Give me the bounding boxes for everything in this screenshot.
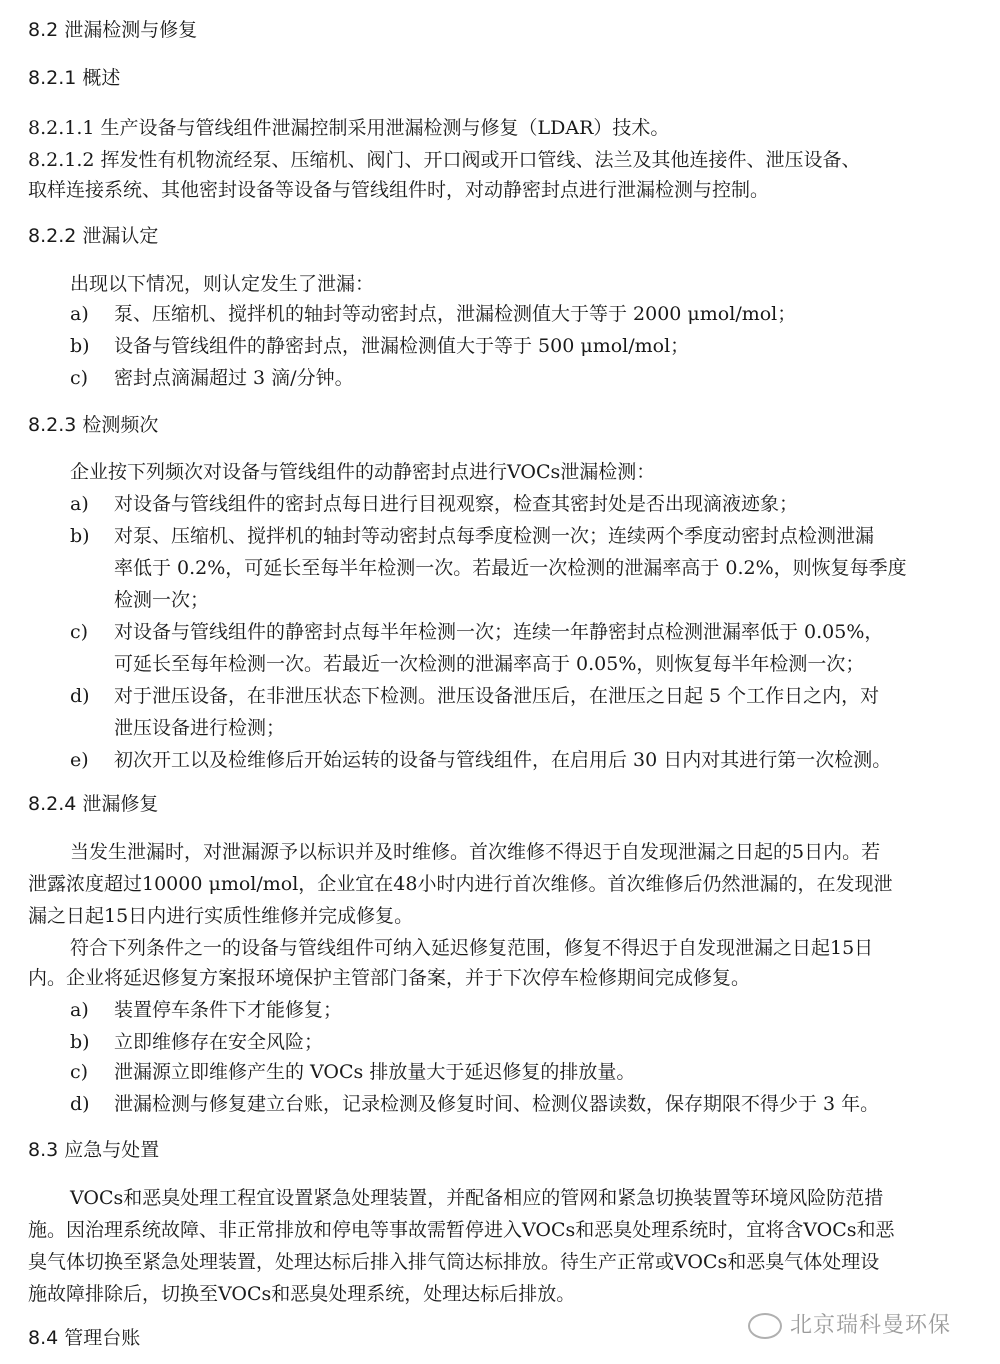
list-text: 初次开工以及检维修后开始运转的设备与管线组件，在启用后 30 日内对其进行第一次… [114,748,891,772]
heading-8-2-1: 8.2.1 概述 [28,66,120,90]
watermark-text: 北京瑞科曼环保 [790,1313,951,1338]
list-label: c) [70,1061,88,1083]
list-item: c)对设备与管线组件的静密封点每半年检测一次；连续一年静密封点检测泄漏率低于 0… [70,620,88,644]
list-text-cont: 可延长至每年检测一次。若最近一次检测的泄漏率高于 0.05%，则恢复每半年检测一… [114,652,864,676]
list-text-cont: 检测一次； [114,588,209,612]
list-text: 对设备与管线组件的静密封点每半年检测一次；连续一年静密封点检测泄漏率低于 0.0… [114,620,883,644]
watermark: 北京瑞科曼环保 [748,1308,951,1339]
paragraph-8-2-1-2: 8.2.1.2 挥发性有机物流经泵、压缩机、阀门、开口阀或开口管线、法兰及其他连… [28,148,861,172]
paragraph-repair: 当发生泄漏时，对泄漏源予以标识并及时维修。首次维修不得迟于自发现泄漏之日起的5日… [70,840,880,864]
list-text: 密封点滴漏超过 3 滴/分钟。 [114,366,354,390]
paragraph-8-2-1-2-cont: 取样连接系统、其他密封设备等设备与管线组件时，对动静密封点进行泄漏检测与控制。 [28,178,769,202]
list-label: d) [70,1093,90,1115]
list-label: c) [70,621,88,643]
list-text: 泄漏检测与修复建立台账，记录检测及修复时间、检测仪器读数，保存期限不得少于 3 … [114,1092,879,1116]
heading-8-2-3: 8.2.3 检测频次 [28,413,158,437]
list-label: a) [70,493,89,515]
paragraph-repair-cont: 漏之日起15日内进行实质性维修并完成修复。 [28,904,413,928]
paragraph-delay-cont: 内。企业将延迟修复方案报环境保护主管部门备案，并于下次停车检修期间完成修复。 [28,966,750,990]
list-label: b) [70,1031,90,1053]
list-label: a) [70,303,89,325]
list-text: 对设备与管线组件的密封点每日进行目视观察，检查其密封处是否出现滴液迹象； [114,492,798,516]
list-label: b) [70,335,90,357]
list-text: 泄漏源立即维修产生的 VOCs 排放量大于延迟修复的排放量。 [114,1060,635,1084]
paragraph-delay: 符合下列条件之一的设备与管线组件可纳入延迟修复范围，修复不得迟于自发现泄漏之日起… [70,936,873,960]
list-item: b)立即维修存在安全风险； [70,1030,90,1054]
list-item: c)密封点滴漏超过 3 滴/分钟。 [70,366,88,390]
list-item: a)装置停车条件下才能修复； [70,998,89,1022]
list-text: 装置停车条件下才能修复； [114,998,342,1022]
list-item: c)泄漏源立即维修产生的 VOCs 排放量大于延迟修复的排放量。 [70,1060,88,1084]
list-item: b)对泵、压缩机、搅拌机的轴封等动密封点每季度检测一次；连续两个季度动密封点检测… [70,524,90,548]
list-item: a)对设备与管线组件的密封点每日进行目视观察，检查其密封处是否出现滴液迹象； [70,492,89,516]
paragraph-frequency-intro: 企业按下列频次对设备与管线组件的动静密封点进行VOCs泄漏检测： [70,460,655,484]
heading-8-2-4: 8.2.4 泄漏修复 [28,792,158,816]
list-text: 对泵、压缩机、搅拌机的轴封等动密封点每季度检测一次；连续两个季度动密封点检测泄漏 [114,524,874,548]
paragraph-8-2-1-1: 8.2.1.1 生产设备与管线组件泄漏控制采用泄漏检测与修复（LDAR）技术。 [28,116,669,140]
paragraph-leak-intro: 出现以下情况，则认定发生了泄漏： [70,272,374,296]
heading-8-3: 8.3 应急与处置 [28,1138,159,1162]
paragraph-emergency-cont: 施。因治理系统故障、非正常排放和停电等事故需暂停进入VOCs和恶臭处理系统时，宜… [28,1218,895,1242]
list-text-cont: 泄压设备进行检测； [114,716,285,740]
list-item: b)设备与管线组件的静密封点，泄漏检测值大于等于 500 μmol/mol； [70,334,90,358]
paragraph-emergency: VOCs和恶臭处理工程宜设置紧急处理装置，并配备相应的管网和紧急切换装置等环境风… [70,1186,883,1210]
paragraph-emergency-cont: 施故障排除后，切换至VOCs和恶臭处理系统，处理达标后排放。 [28,1282,575,1306]
list-text: 泵、压缩机、搅拌机的轴封等动密封点，泄漏检测值大于等于 2000 μmol/mo… [114,302,796,326]
list-item: a)泵、压缩机、搅拌机的轴封等动密封点，泄漏检测值大于等于 2000 μmol/… [70,302,89,326]
list-text: 设备与管线组件的静密封点，泄漏检测值大于等于 500 μmol/mol； [114,334,689,358]
heading-8-2-2: 8.2.2 泄漏认定 [28,224,158,248]
list-label: d) [70,685,90,707]
list-label: c) [70,367,88,389]
paragraph-repair-cont: 泄露浓度超过10000 μmol/mol，企业宜在48小时内进行首次维修。首次维… [28,872,892,896]
wechat-icon [748,1313,782,1339]
list-label: a) [70,999,89,1021]
list-text: 对于泄压设备，在非泄压状态下检测。泄压设备泄压后，在泄压之日起 5 个工作日之内… [114,684,879,708]
heading-8-2: 8.2 泄漏检测与修复 [28,18,197,42]
list-item: d)泄漏检测与修复建立台账，记录检测及修复时间、检测仪器读数，保存期限不得少于 … [70,1092,90,1116]
list-label: b) [70,525,90,547]
heading-8-4: 8.4 管理台账 [28,1326,140,1350]
list-text: 立即维修存在安全风险； [114,1030,323,1054]
list-item: d)对于泄压设备，在非泄压状态下检测。泄压设备泄压后，在泄压之日起 5 个工作日… [70,684,90,708]
list-text-cont: 率低于 0.2%，可延长至每半年检测一次。若最近一次检测的泄漏率高于 0.2%，… [114,556,907,580]
list-label: e) [70,749,89,771]
list-item: e)初次开工以及检维修后开始运转的设备与管线组件，在启用后 30 日内对其进行第… [70,748,89,772]
paragraph-emergency-cont: 臭气体切换至紧急处理装置，处理达标后排入排气筒达标排放。待生产正常或VOCs和恶… [28,1250,879,1274]
